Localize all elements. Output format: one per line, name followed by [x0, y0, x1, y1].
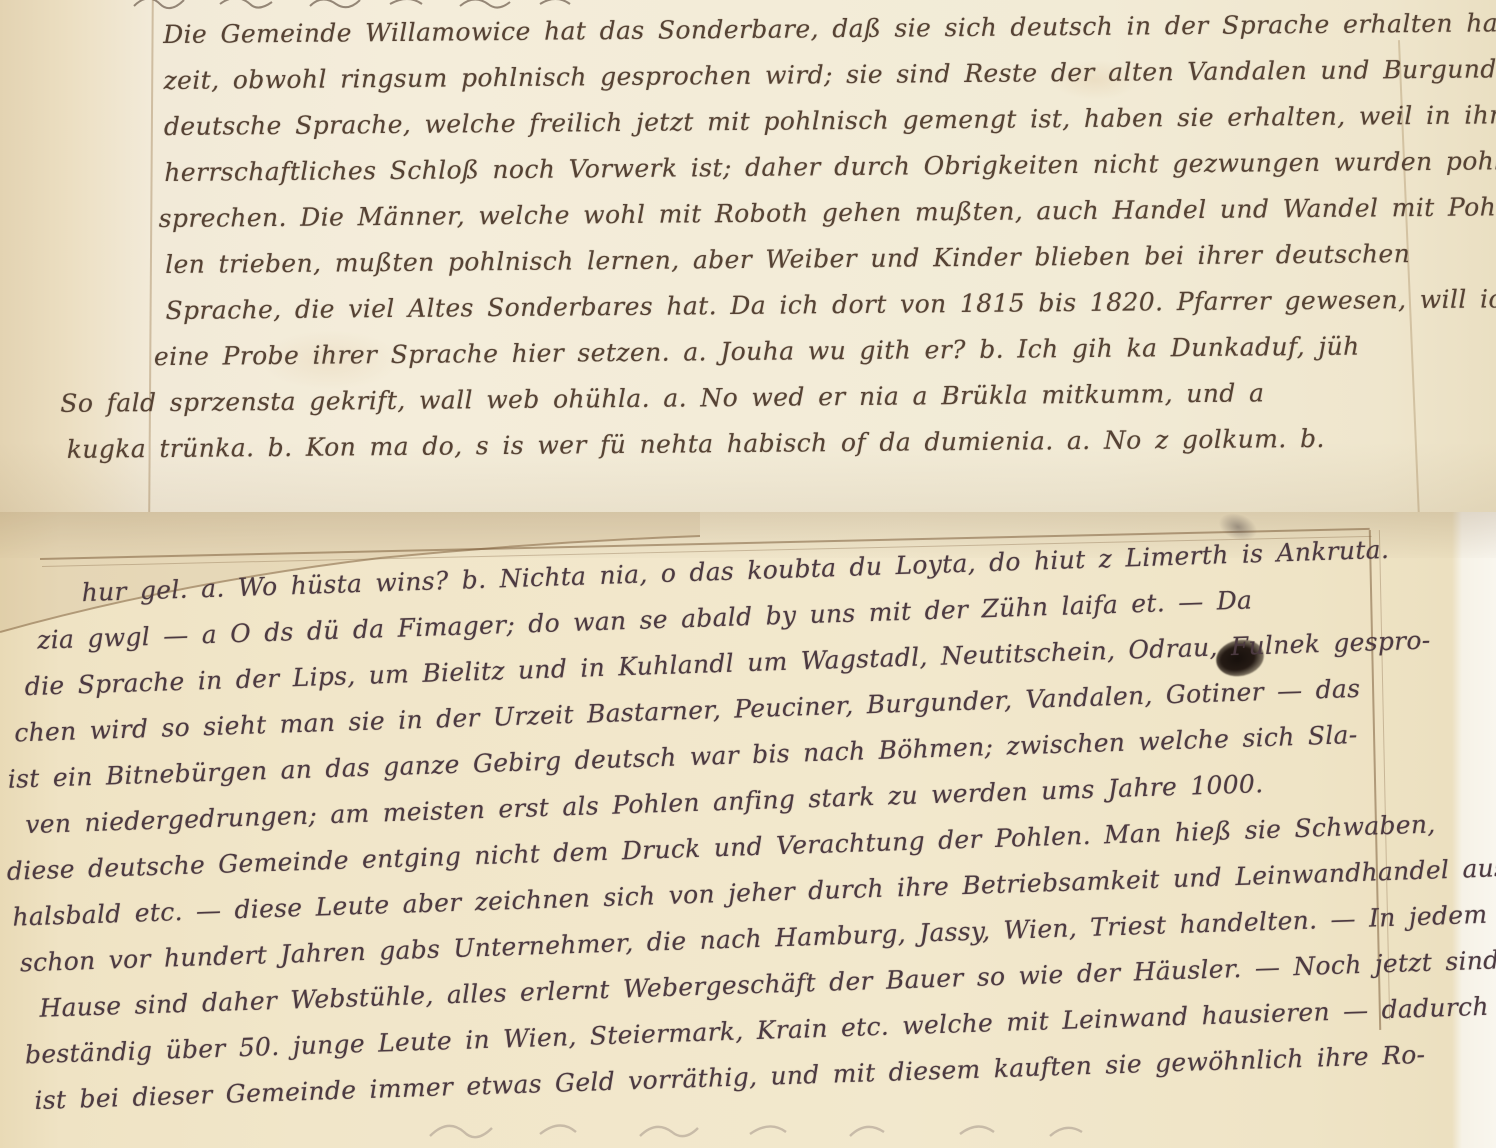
top-page-text: Die Gemeinde Willamowice hat das Sonderb…	[163, 7, 1496, 480]
bottom-page-fragment: hur gel. a. Wo hüsta wins? b. Nichta nia…	[0, 512, 1496, 1148]
top-page-fragment: Die Gemeinde Willamowice hat das Sonderb…	[0, 0, 1496, 512]
manuscript-scan: Die Gemeinde Willamowice hat das Sonderb…	[0, 0, 1496, 1148]
faint-next-line-strokes	[420, 1110, 1140, 1146]
bottom-page-text: hur gel. a. Wo hüsta wins? b. Nichta nia…	[0, 531, 1496, 1132]
clipped-line-remnant	[130, 0, 610, 10]
